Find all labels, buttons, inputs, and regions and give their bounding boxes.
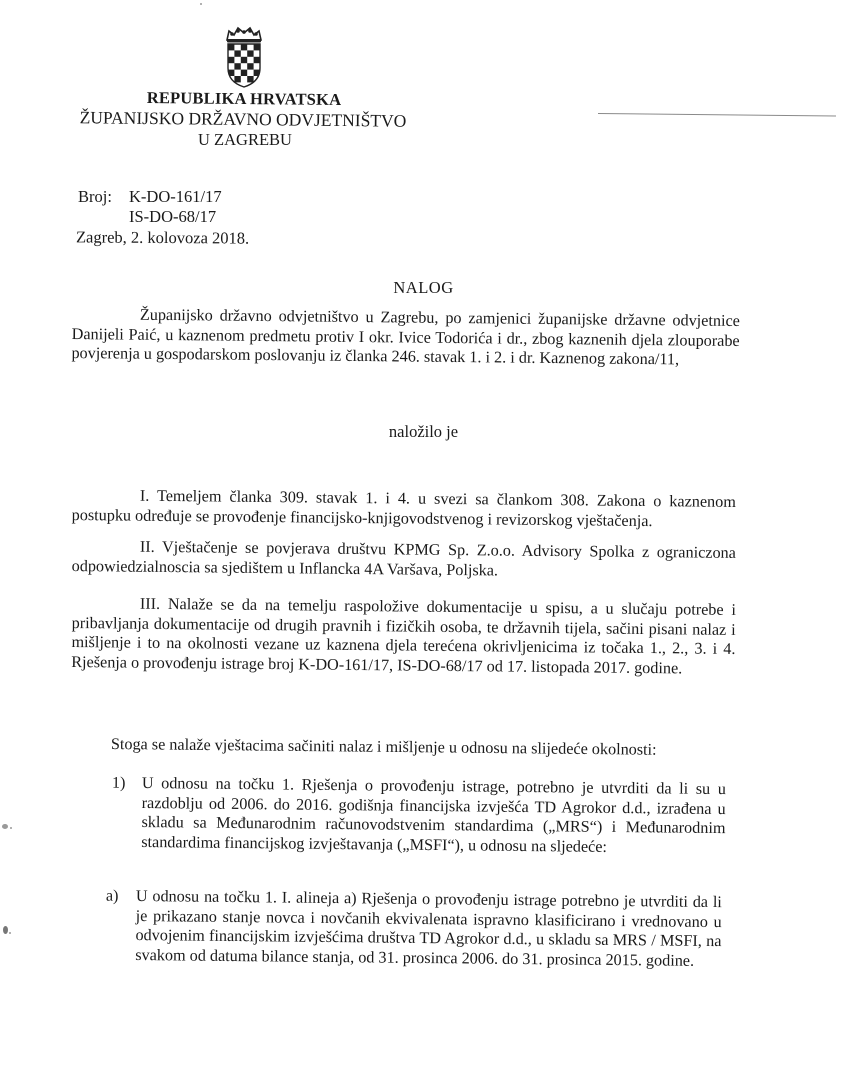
section-i: I. Temeljem članka 309. stavak 1. i 4. u… (72, 486, 736, 532)
header-city: U ZAGREBU (0, 130, 490, 150)
list-item: 1) U odnosu na točku 1. Rješenja o provo… (141, 774, 726, 858)
section-ii-text: II. Vještačenje se povjerava društvu KPM… (72, 538, 736, 579)
document-title: NALOG (0, 278, 847, 298)
header-rule-line (598, 113, 836, 116)
scan-speck (10, 827, 12, 829)
scan-speck (9, 932, 11, 934)
scan-speck (200, 3, 202, 5)
reference-number-1: K-DO-161/17 (129, 187, 222, 207)
reference-number-2: IS-DO-68/17 (129, 207, 216, 227)
scan-speck (2, 824, 8, 829)
intro-text: Županijsko državno odvjetništvo u Zagreb… (71, 306, 740, 369)
place-date: Zagreb, 2. kolovoza 2018. (76, 227, 249, 248)
header-office: ŽUPANIJSKO DRŽAVNO ODVJETNIŠTVO (0, 106, 488, 132)
intro-paragraph: Županijsko državno odvjetništvo u Zagreb… (71, 305, 740, 371)
reference-label: Broj: (78, 187, 112, 207)
document-subtitle: naložilo je (0, 422, 847, 442)
section-i-text: I. Temeljem članka 309. stavak 1. i 4. u… (72, 487, 736, 530)
document-page: REPUBLIKA HRVATSKA ŽUPANIJSKO DRŽAVNO OD… (0, 0, 847, 1080)
list-item: a) U odnosu na točku 1. I. alineja a) Rj… (135, 887, 722, 972)
scan-speck (3, 926, 8, 934)
section-iii-text: III. Nalaže se da na temelju raspoložive… (71, 595, 736, 677)
section-ii: II. Vještačenje se povjerava društvu KPM… (72, 537, 736, 583)
list-item-text: U odnosu na točku 1. Rješenja o provođen… (141, 774, 726, 856)
list-item-marker: a) (106, 887, 119, 907)
instruction-paragraph: Stoga se nalaže vještacima sačiniti nala… (111, 735, 741, 761)
list-item-text: U odnosu na točku 1. I. alineja a) Rješe… (135, 887, 722, 970)
list-item-marker: 1) (112, 774, 126, 794)
coat-of-arms-icon (224, 26, 264, 88)
section-iii: III. Nalaže se da na temelju raspoložive… (71, 594, 736, 679)
